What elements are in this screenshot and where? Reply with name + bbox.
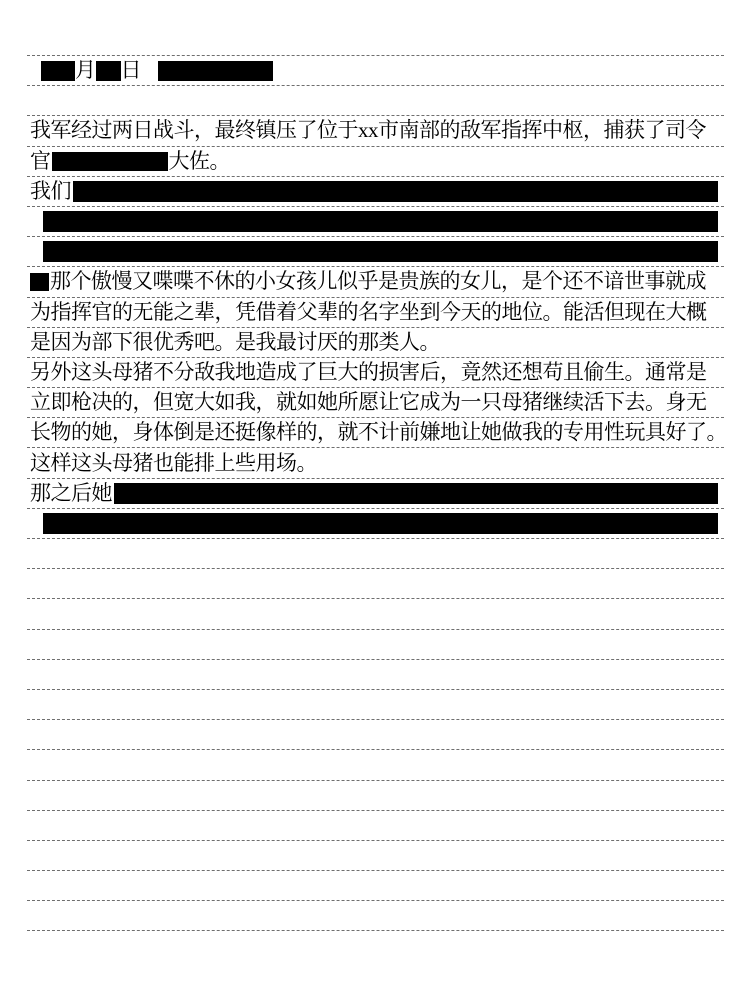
redaction-bar — [114, 483, 718, 504]
empty-ruled-line — [27, 841, 724, 871]
diary-page: 月 日 我军经过两日战斗，最终镇压了位于xx市南部的敌军指挥中枢，捕获了司令 官… — [0, 0, 750, 1000]
day-label: 日 — [121, 56, 142, 85]
empty-ruled-line — [27, 660, 724, 690]
paragraph4-line1-text: 另外这头母猪不分敌我地造成了巨大的损害后，竟然还想苟且偷生。通常是 — [30, 358, 707, 387]
redaction-date-title — [158, 61, 273, 81]
redaction-bar — [43, 513, 718, 534]
date-line: 月 日 — [27, 56, 724, 86]
empty-ruled-line — [27, 811, 724, 841]
paragraph4-line1: 另外这头母猪不分敌我地造成了巨大的损害后，竟然还想苟且偷生。通常是 — [27, 358, 724, 388]
empty-ruled-line — [27, 750, 724, 780]
empty-ruled-line — [27, 569, 724, 599]
paragraph3-line1: 那个傲慢又喋喋不休的小女孩儿似乎是贵族的女儿，是个还不谙世事就成 — [27, 267, 724, 297]
paragraph2-line3 — [27, 237, 724, 267]
paragraph4-line3: 长物的她，身体倒是还挺像样的，就不计前嫌地让她做我的专用性玩具好了。 — [27, 418, 724, 448]
empty-ruled-line — [27, 871, 724, 901]
paragraph2-line1: 我们 — [27, 177, 724, 207]
paragraph5-line1: 那之后她 — [27, 479, 724, 509]
paragraph4-line2-text: 立即枪决的，但宽大如我，就如她所愿让它成为一只母猪继续活下去。身无 — [30, 388, 707, 417]
empty-ruled-line — [27, 720, 724, 750]
paragraph3-line3: 是因为部下很优秀吧。是我最讨厌的那类人。 — [27, 328, 724, 358]
redaction-bar — [43, 211, 718, 232]
empty-ruled-line — [27, 630, 724, 660]
empty-ruled-line — [27, 901, 724, 931]
redaction-month-value — [41, 61, 75, 81]
redaction-bar — [73, 181, 718, 202]
redaction-commander-name — [52, 152, 168, 171]
paragraph5-line2 — [27, 509, 724, 539]
empty-ruled-line — [27, 781, 724, 811]
redaction-bar — [43, 241, 718, 262]
paragraph1-line2-prefix: 官 — [30, 147, 51, 176]
paragraph1-line2-suffix: 大佐。 — [169, 147, 231, 176]
paragraph3-line2-text: 为指挥官的无能之辈，凭借着父辈的名字坐到今天的地位。能活但现在大概 — [30, 298, 707, 327]
paragraph1-line1: 我军经过两日战斗，最终镇压了位于xx市南部的敌军指挥中枢，捕获了司令 — [27, 116, 724, 146]
paragraph1-line1-text: 我军经过两日战斗，最终镇压了位于xx市南部的敌军指挥中枢，捕获了司令 — [30, 116, 706, 145]
paragraph4-line2: 立即枪决的，但宽大如我，就如她所愿让它成为一只母猪继续活下去。身无 — [27, 388, 724, 418]
redaction-day-value — [96, 61, 121, 81]
paragraph3-line2: 为指挥官的无能之辈，凭借着父辈的名字坐到今天的地位。能活但现在大概 — [27, 298, 724, 328]
empty-ruled-line — [27, 539, 724, 569]
paragraph4-line4: 这样这头母猪也能排上些用场。 — [27, 448, 724, 478]
ruled-sheet: 月 日 我军经过两日战斗，最终镇压了位于xx市南部的敌军指挥中枢，捕获了司令 官… — [27, 55, 724, 931]
paragraph4-line3-text: 长物的她，身体倒是还挺像样的，就不计前嫌地让她做我的专用性玩具好了。 — [30, 418, 727, 447]
empty-ruled-line — [27, 690, 724, 720]
empty-ruled-line — [27, 599, 724, 629]
redaction-small-block — [30, 273, 49, 291]
paragraph3-line1-text: 那个傲慢又喋喋不休的小女孩儿似乎是贵族的女儿，是个还不谙世事就成 — [50, 267, 706, 296]
paragraph2-line2 — [27, 207, 724, 237]
paragraph5-prefix: 那之后她 — [30, 479, 112, 508]
paragraph1-line2: 官 大佐。 — [27, 147, 724, 177]
paragraph3-line3-text: 是因为部下很优秀吧。是我最讨厌的那类人。 — [30, 328, 440, 357]
month-label: 月 — [75, 56, 96, 85]
paragraph4-line4-text: 这样这头母猪也能排上些用场。 — [30, 449, 317, 478]
paragraph2-prefix: 我们 — [30, 177, 71, 206]
empty-ruled-line — [27, 86, 724, 116]
